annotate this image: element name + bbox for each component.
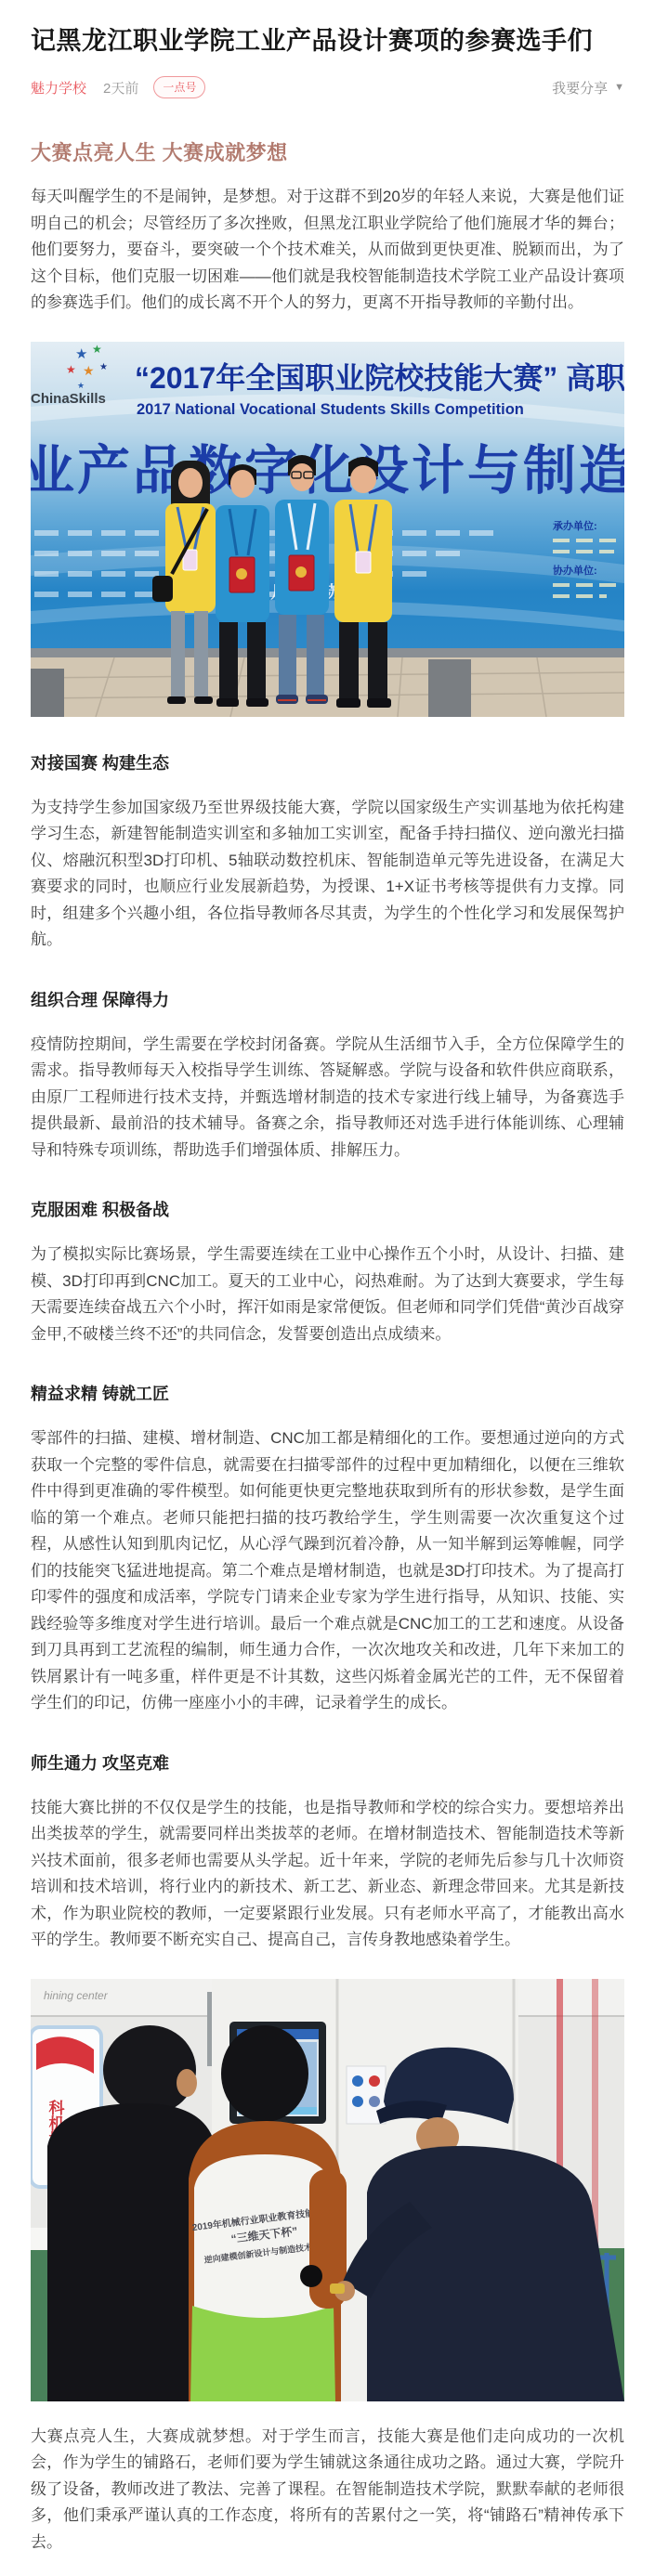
section-heading-4: 精益求精 铸就工匠: [31, 1381, 624, 1405]
pavement: [31, 657, 624, 717]
share-label: 我要分享: [552, 78, 608, 98]
banner-cohost-label: 协办单位:: [553, 564, 597, 577]
section-body-3: 为了模拟实际比赛场景，学生需要连续在工业中心操作五个小时，从设计、扫描、建模、3…: [31, 1242, 624, 1347]
section-body-4: 零部件的扫描、建模、增材制造、CNC加工都是精细化的工作。要想通过逆向的方式获取…: [31, 1425, 624, 1717]
banner-headline: “2017年全国职业院校技能大赛” 高职: [135, 361, 624, 395]
section-heading-1: 对接国赛 构建生态: [31, 750, 624, 774]
banner-big-title: 业产品数字化设计与制造赛: [31, 441, 624, 501]
closing-paragraph: 大赛点亮人生，大赛成就梦想。对于学生而言，技能大赛是他们走向成功的一次机会，作为…: [31, 2424, 624, 2556]
section-heading-3: 克服困难 积极备战: [31, 1197, 624, 1221]
author-link[interactable]: 魅力学校: [31, 78, 86, 98]
section-body-5: 技能大赛比拼的不仅仅是学生的技能，也是指导教师和学校的综合实力。要想培养出出类拔…: [31, 1795, 624, 1954]
svg-text:★: ★: [83, 363, 95, 378]
page-title: 记黑龙江职业学院工业产品设计赛项的参赛选手们: [31, 24, 624, 59]
section-body-1: 为支持学生参加国家级乃至世界级技能大赛，学院以国家级生产实训基地为依托构建学习生…: [31, 795, 624, 954]
svg-text:★: ★: [75, 346, 87, 362]
publish-time: 2天前: [103, 78, 138, 98]
photo-cnc-training: hining center 科机械: [31, 1979, 624, 2401]
section-heading-2: 组织合理 保障得力: [31, 987, 624, 1011]
photo-competition-banner: ★ ★ ★ ★ ★ ★ ChinaSkills “2017年全国职业院校技能大赛…: [31, 342, 624, 717]
article-subtitle: 大赛点亮人生 大赛成就梦想: [31, 137, 624, 166]
account-type-badge[interactable]: 一点号: [153, 76, 205, 98]
section-body-2: 疫情防控期间，学生需要在学校封闭备赛。学院从生活细节入手，全方位保障学生的需求。…: [31, 1032, 624, 1164]
banner-subheadline: 2017 National Vocational Students Skills…: [137, 401, 524, 418]
svg-text:★: ★: [66, 363, 76, 376]
section-heading-5: 师生通力 攻坚克难: [31, 1750, 624, 1775]
machining-center-sign: hining center: [44, 1989, 109, 2002]
meta-row: 魅力学校 2天前 一点号 我要分享 ▼: [31, 76, 624, 98]
chevron-down-icon: ▼: [614, 82, 624, 93]
banner-host-label: 承办单位:: [553, 519, 597, 532]
article-page: 记黑龙江职业学院工业产品设计赛项的参赛选手们 魅力学校 2天前 一点号 我要分享…: [0, 0, 655, 2576]
svg-text:ChinaSkills: ChinaSkills: [31, 391, 106, 407]
svg-text:★: ★: [99, 362, 108, 372]
svg-text:★: ★: [77, 381, 85, 390]
dark-paver-left: [31, 669, 64, 717]
intro-paragraph: 每天叫醒学生的不是闹钟，是梦想。对于这群不到20岁的年轻人来说，大赛是他们证明自…: [31, 184, 624, 317]
svg-text:★: ★: [92, 343, 102, 356]
share-button[interactable]: 我要分享 ▼: [552, 78, 624, 98]
dark-paver-right: [428, 659, 471, 717]
